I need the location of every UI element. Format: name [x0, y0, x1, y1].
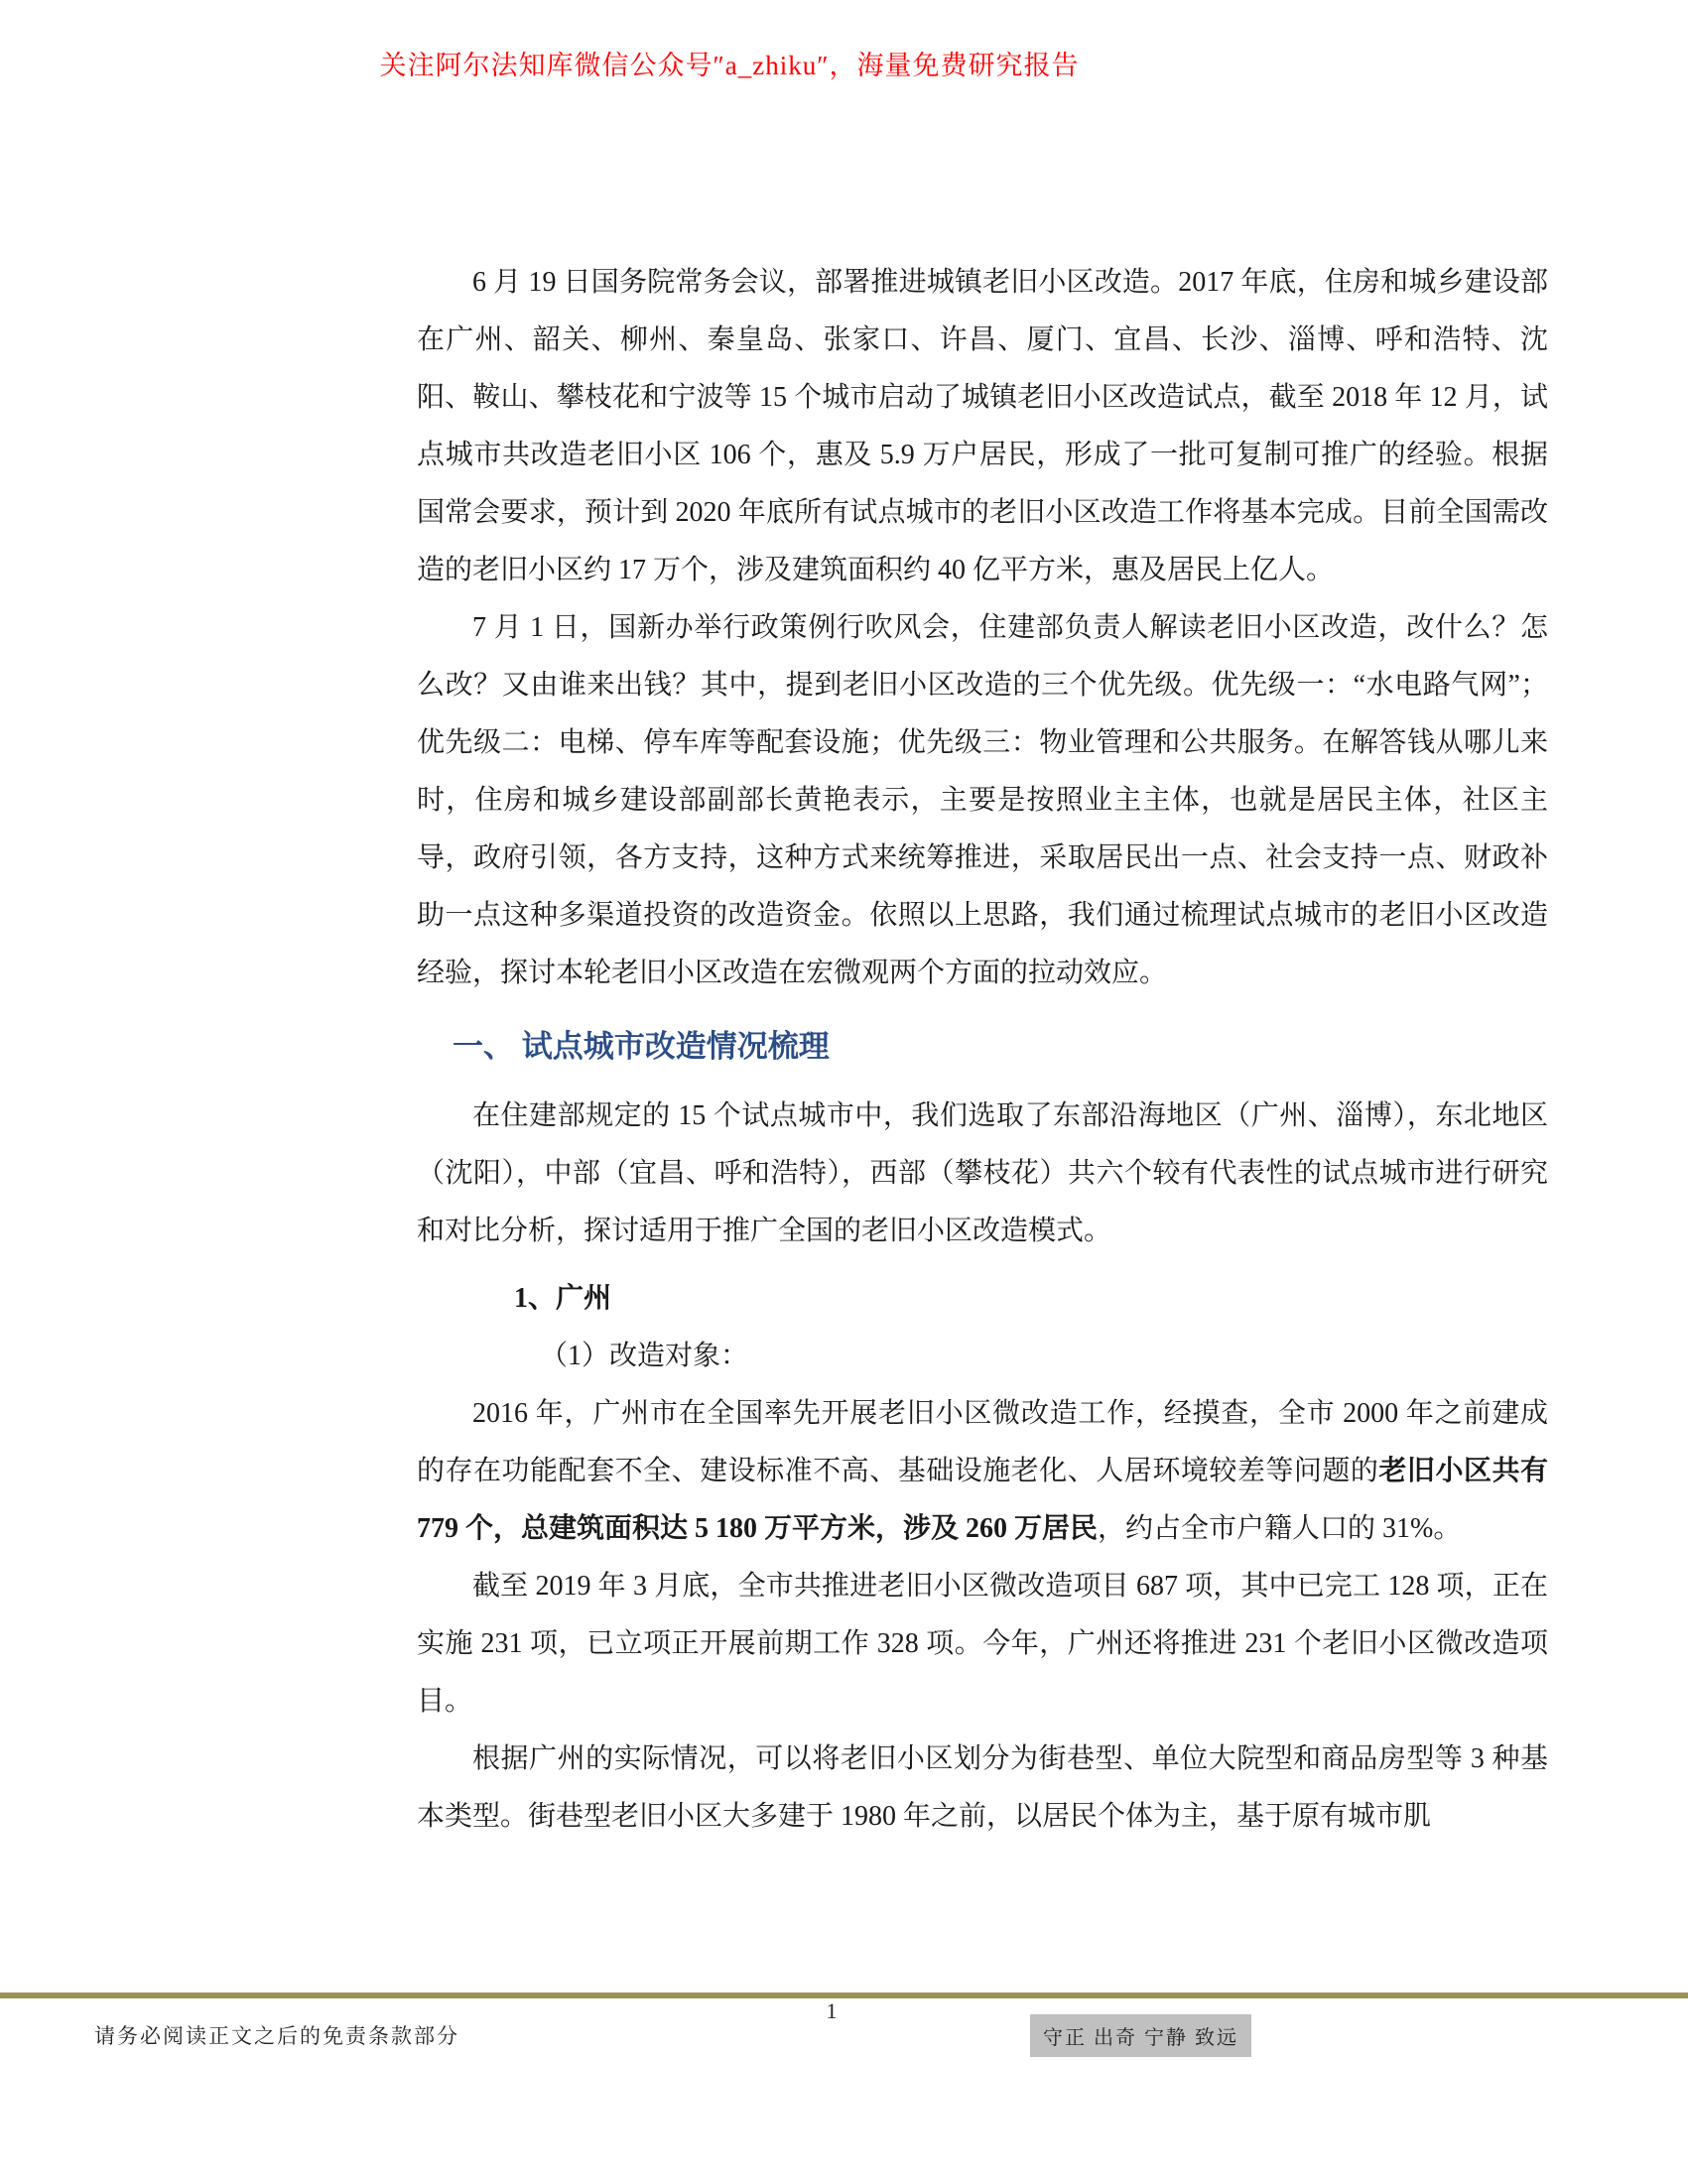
- footer-motto: 守正 出奇 宁静 致远: [1030, 2014, 1251, 2057]
- page-number: 1: [812, 1998, 851, 2024]
- sub-section-heading: 1、广州: [417, 1270, 1548, 1328]
- body-paragraph: 2016 年，广州市在全国率先开展老旧小区微改造工作，经摸查，全市 2000 年…: [417, 1385, 1548, 1558]
- body-paragraph: 6 月 19 日国务院常务会议，部署推进城镇老旧小区改造。2017 年底，住房和…: [417, 254, 1548, 599]
- body-paragraph: 7 月 1 日，国新办举行政策例行吹风会，住建部负责人解读老旧小区改造，改什么？…: [417, 599, 1548, 1002]
- header-notice: 关注阿尔法知库微信公众号″a_zhiku″，海量免费研究报告: [0, 44, 1459, 82]
- list-item-heading: （1）改造对象：: [417, 1328, 1548, 1385]
- section-heading: 一、 试点城市改造情况梳理: [417, 1018, 1548, 1076]
- text-run: ，约占全市户籍人口的 31%。: [1098, 1513, 1461, 1544]
- body-paragraph: 截至 2019 年 3 月底，全市共推进老旧小区微改造项目 687 项，其中已完…: [417, 1558, 1548, 1731]
- footer-disclaimer: 请务必阅读正文之后的免责条款部分: [94, 2020, 459, 2050]
- document-body: 6 月 19 日国务院常务会议，部署推进城镇老旧小区改造。2017 年底，住房和…: [417, 254, 1548, 1846]
- document-page: 关注阿尔法知库微信公众号″a_zhiku″，海量免费研究报告 6 月 19 日国…: [0, 0, 1688, 2184]
- body-paragraph: 在住建部规定的 15 个试点城市中，我们选取了东部沿海地区（广州、淄博），东北地…: [417, 1088, 1548, 1260]
- body-paragraph: 根据广州的实际情况，可以将老旧小区划分为街巷型、单位大院型和商品房型等 3 种基…: [417, 1731, 1548, 1846]
